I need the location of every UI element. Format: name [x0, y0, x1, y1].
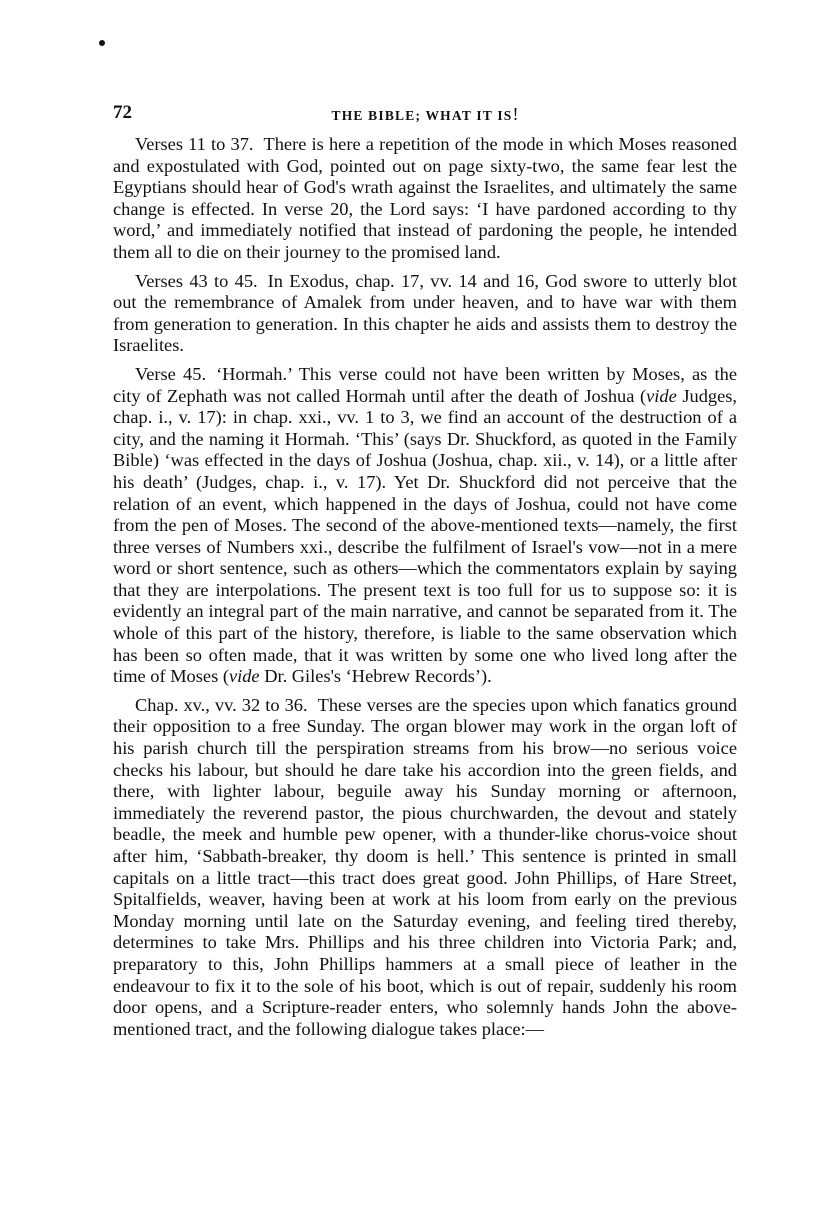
paragraph-text: Dr. Giles's ‘Hebrew Records’). [260, 666, 492, 686]
paragraph-verse-45: Verse 45.‘Hormah.’ This verse could not … [113, 364, 737, 688]
paragraph-text: These verses are the species upon which … [113, 695, 737, 1039]
paragraph-text: Judges, chap. i., v. 17): in chap. xxi.,… [113, 386, 737, 687]
paragraph-chap-xv: Chap. xv., vv. 32 to 36.These verses are… [113, 695, 737, 1041]
verse-reference: Verses 11 to 37. [135, 134, 254, 154]
paragraph-verses-11-37: Verses 11 to 37.There is here a repetiti… [113, 134, 737, 264]
paragraph-text: ‘Hormah.’ This verse could not have been… [113, 364, 737, 406]
book-page: 72 THE BIBLE; WHAT IT IS! Verses 11 to 3… [113, 100, 737, 1047]
running-title-exclamation: ! [513, 104, 519, 124]
verse-reference: Chap. xv., vv. 32 to 36. [135, 695, 308, 715]
running-head: 72 THE BIBLE; WHAT IT IS! [113, 100, 737, 126]
running-title-text: THE BIBLE; WHAT IT IS [331, 108, 512, 123]
stray-ink-dot [99, 40, 105, 46]
verse-reference: Verses 43 to 45. [135, 271, 258, 291]
paragraph-verses-43-45: Verses 43 to 45.In Exodus, chap. 17, vv.… [113, 271, 737, 357]
running-title: THE BIBLE; WHAT IT IS! [113, 104, 737, 125]
verse-reference: Verse 45. [135, 364, 206, 384]
italic-vide: vide [646, 386, 677, 406]
italic-vide: vide [229, 666, 260, 686]
